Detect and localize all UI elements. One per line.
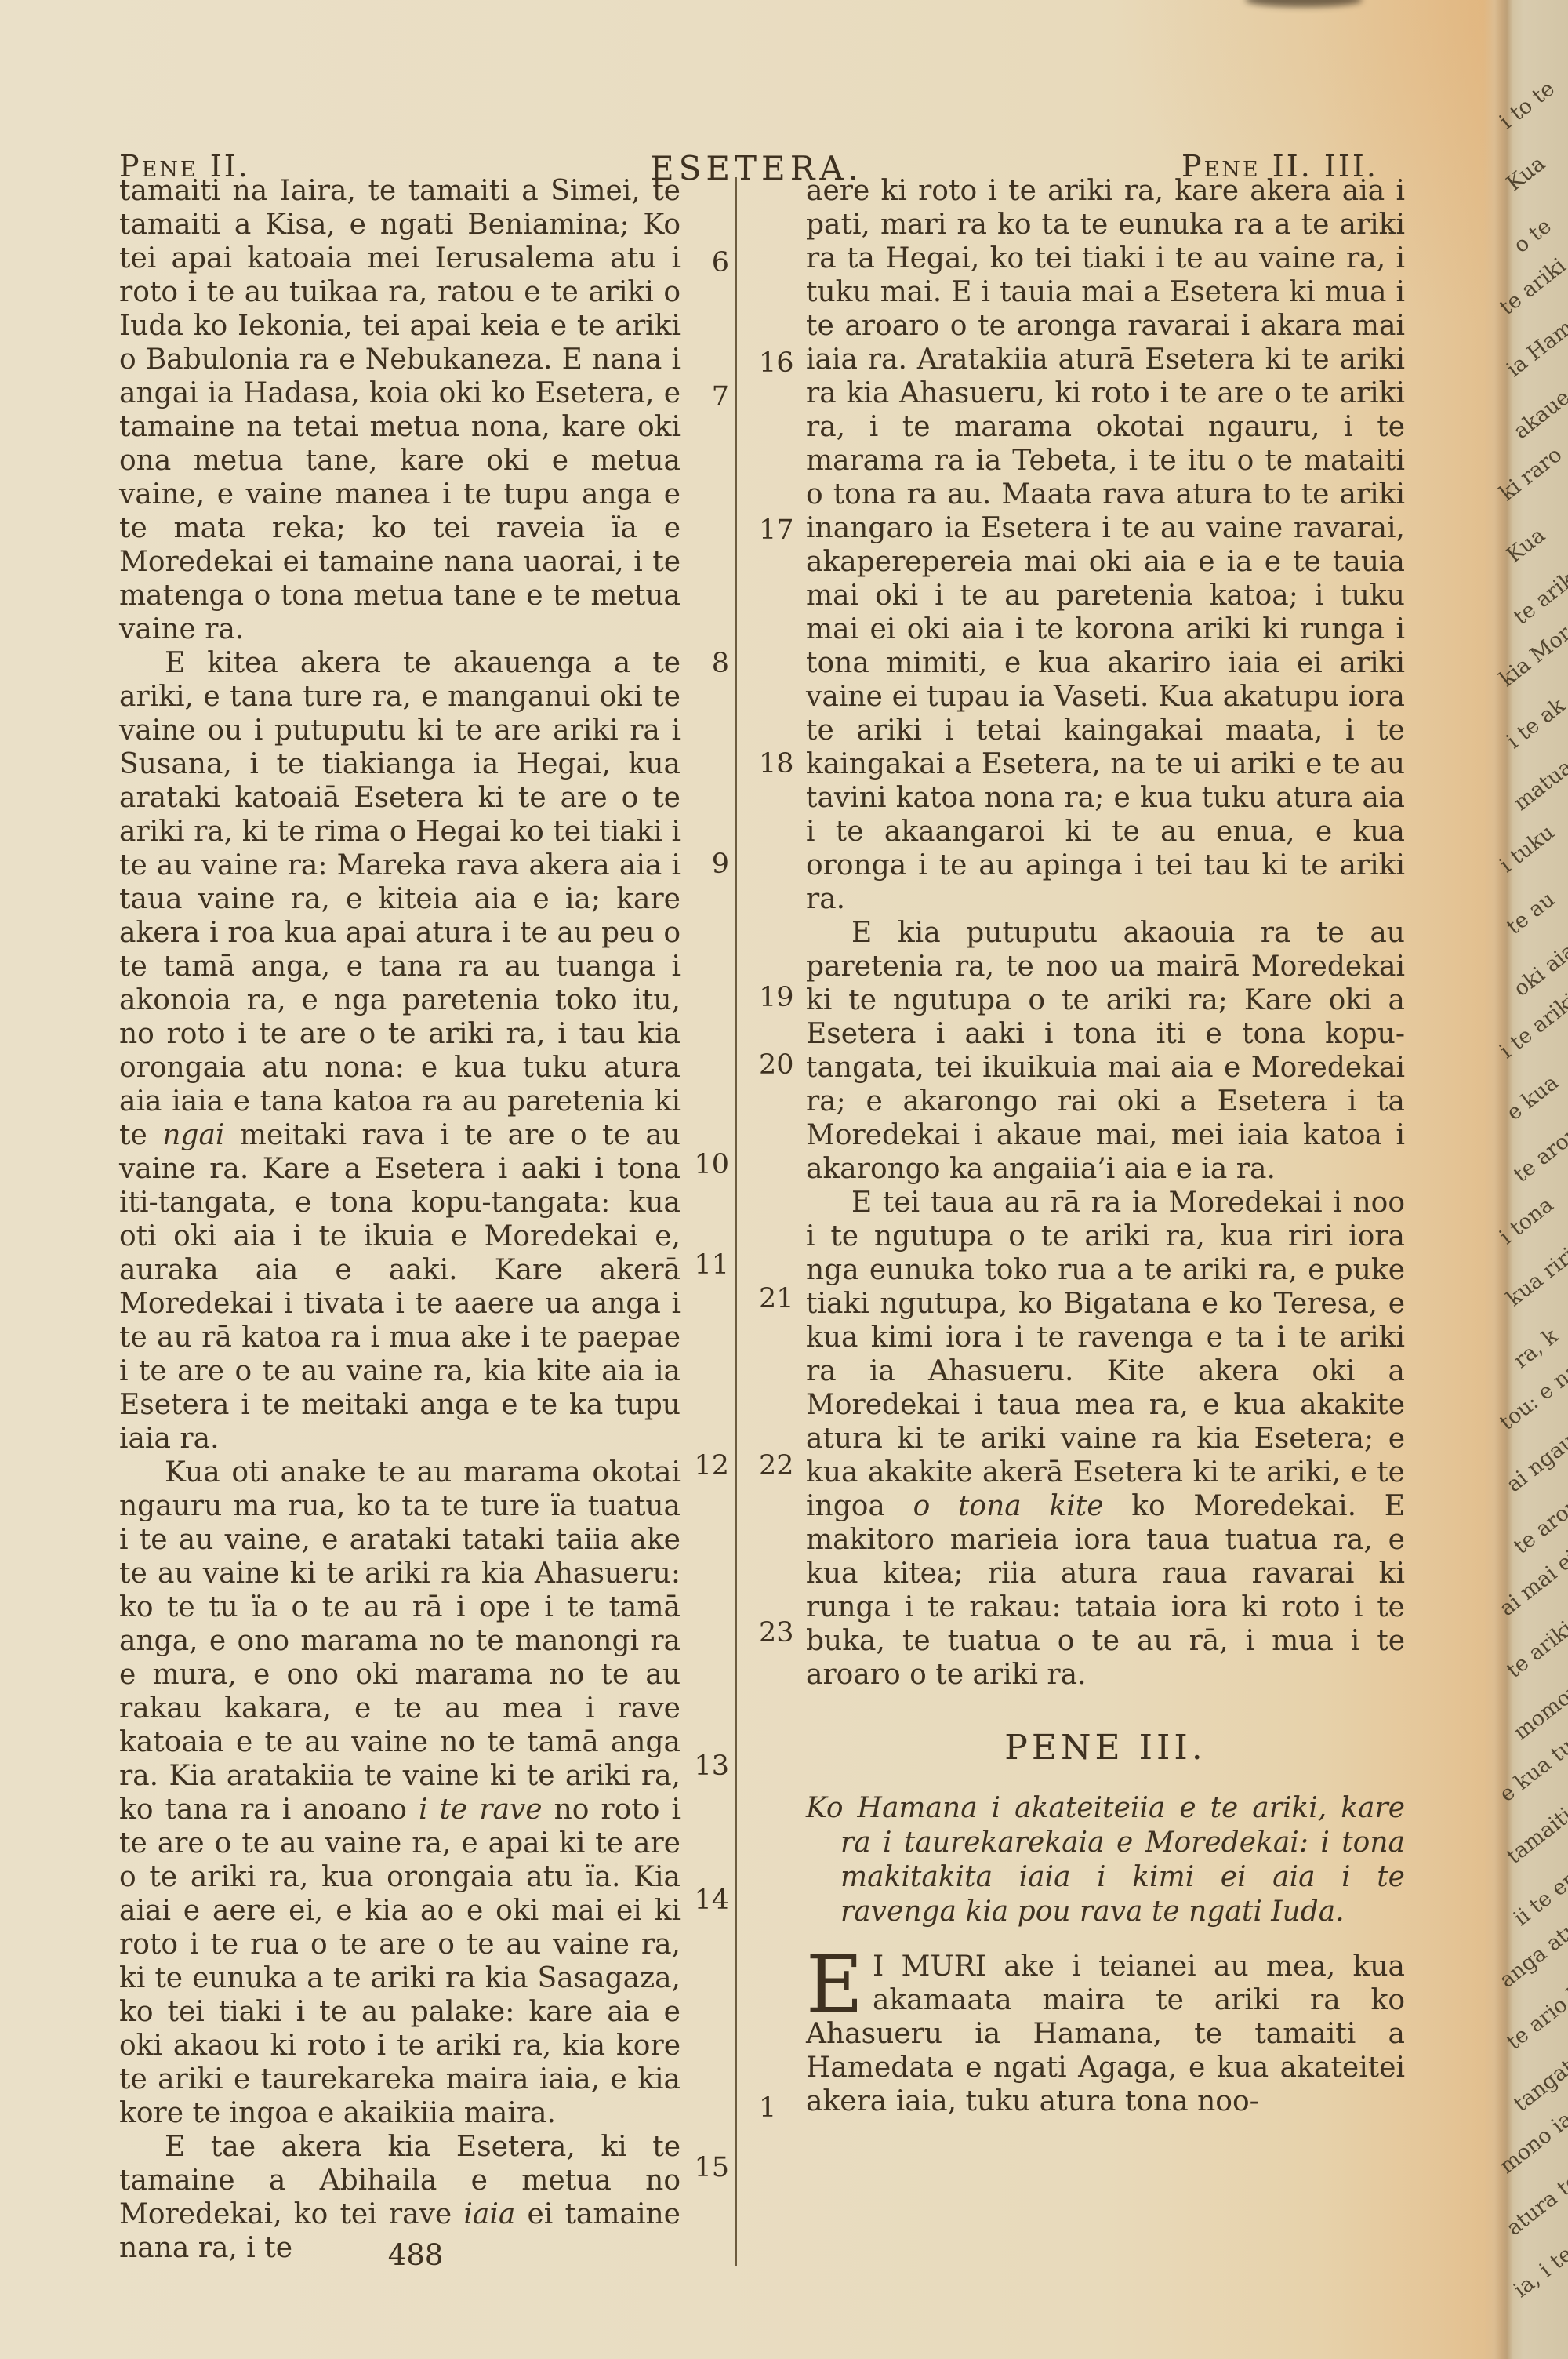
page-edge: i to teKuao tete ariki,ia Hamakaue iniki… <box>1483 0 1568 2359</box>
verse-number: 20 <box>759 1049 794 1081</box>
edge-text-fragment: ra, k <box>1509 1324 1563 1373</box>
edge-text-fragment: te au <box>1502 887 1559 940</box>
edge-text-fragment: e kua tu <box>1495 1734 1568 1807</box>
edge-text-fragment: e kua <box>1502 1070 1563 1125</box>
verse-number: 18 <box>759 748 794 780</box>
verse-number: 19 <box>759 982 794 1013</box>
edge-text-fragment: i to te <box>1495 76 1559 134</box>
verse-number: 9 <box>681 849 729 880</box>
verse-number: 12 <box>681 1450 729 1481</box>
edge-text-fragment: kua riri <box>1502 1243 1568 1311</box>
column-divider-rule <box>735 177 737 2266</box>
edge-text-fragment: i te ariki <box>1495 989 1568 1063</box>
verse-number: 21 <box>759 1283 794 1314</box>
edge-text-fragment: tou: e na <box>1495 1358 1568 1435</box>
verse-paragraph: E kia putuputu akaouia ra te au pareteni… <box>806 916 1405 1186</box>
chapter-summary: Ko Hamana i akateiteiia e te ariki, kare… <box>806 1791 1405 1929</box>
edge-text-fragment: kia More <box>1495 613 1568 692</box>
edge-text-fragment: te ariki, <box>1495 249 1568 320</box>
right-text-column: aere ki roto i te ariki ra, kare akera a… <box>806 174 1405 2118</box>
edge-text-fragment: i tona <box>1495 1193 1558 1249</box>
verse-paragraph: aere ki roto i te ariki ra, kare akera a… <box>806 174 1405 916</box>
verse-number: 7 <box>681 381 729 413</box>
chapter-heading: PENE III. <box>806 1731 1405 1765</box>
verse-paragraph: EI MURI ake i teianei au mea, kua akamaa… <box>806 1950 1405 2118</box>
page-number: 488 <box>259 2238 572 2272</box>
left-text-column: tamaiti na Iaira, te tamaiti a Simei, te… <box>119 174 681 2265</box>
verse-number: 23 <box>759 1617 794 1648</box>
verse-paragraph: tamaiti na Iaira, te tamaiti a Simei, te… <box>119 174 681 646</box>
verse-number: 22 <box>759 1450 794 1481</box>
verse-number: 17 <box>759 514 794 546</box>
verse-number: 14 <box>681 1885 729 1916</box>
drop-cap-initial: E <box>806 1950 873 2016</box>
edge-text-fragment: ki raro <box>1495 442 1566 506</box>
verse-number: 6 <box>681 247 729 278</box>
edge-text-fragment: matua <box>1509 755 1568 816</box>
verse-number: 8 <box>681 648 729 679</box>
verse-number: 11 <box>681 1249 729 1281</box>
edge-text-fragment: i te ak <box>1502 693 1568 754</box>
verse-number: 13 <box>681 1750 729 1782</box>
edge-text-fragment: o te <box>1509 214 1556 258</box>
verse-number: 10 <box>681 1149 729 1180</box>
verse-paragraph: Kua oti anake te au marama okotai ngauru… <box>119 1456 681 2130</box>
verse-number: 16 <box>759 347 794 379</box>
verse-paragraph: E tei taua au rā ra ia Moredekai i noo i… <box>806 1186 1405 1692</box>
edge-text-fragment: i tuku <box>1495 820 1559 878</box>
edge-text-fragment: ia, i te <box>1509 2242 1568 2303</box>
verse-paragraph: E kitea akera te akauenga a te ariki, e … <box>119 646 681 1456</box>
edge-text-fragment: Kua <box>1502 523 1550 568</box>
ink-smudge <box>1245 0 1363 7</box>
edge-text-fragment: Kua <box>1502 151 1550 196</box>
book-page-scan: Pene II. ESETERA. Pene II. III. tamaiti … <box>0 0 1568 2359</box>
verse-number: 15 <box>681 2152 729 2183</box>
edge-text-fragment: ia Ham <box>1502 315 1568 382</box>
edge-text-fragment: oki aia <box>1509 939 1568 1001</box>
verse-number: 1 <box>759 2092 776 2124</box>
